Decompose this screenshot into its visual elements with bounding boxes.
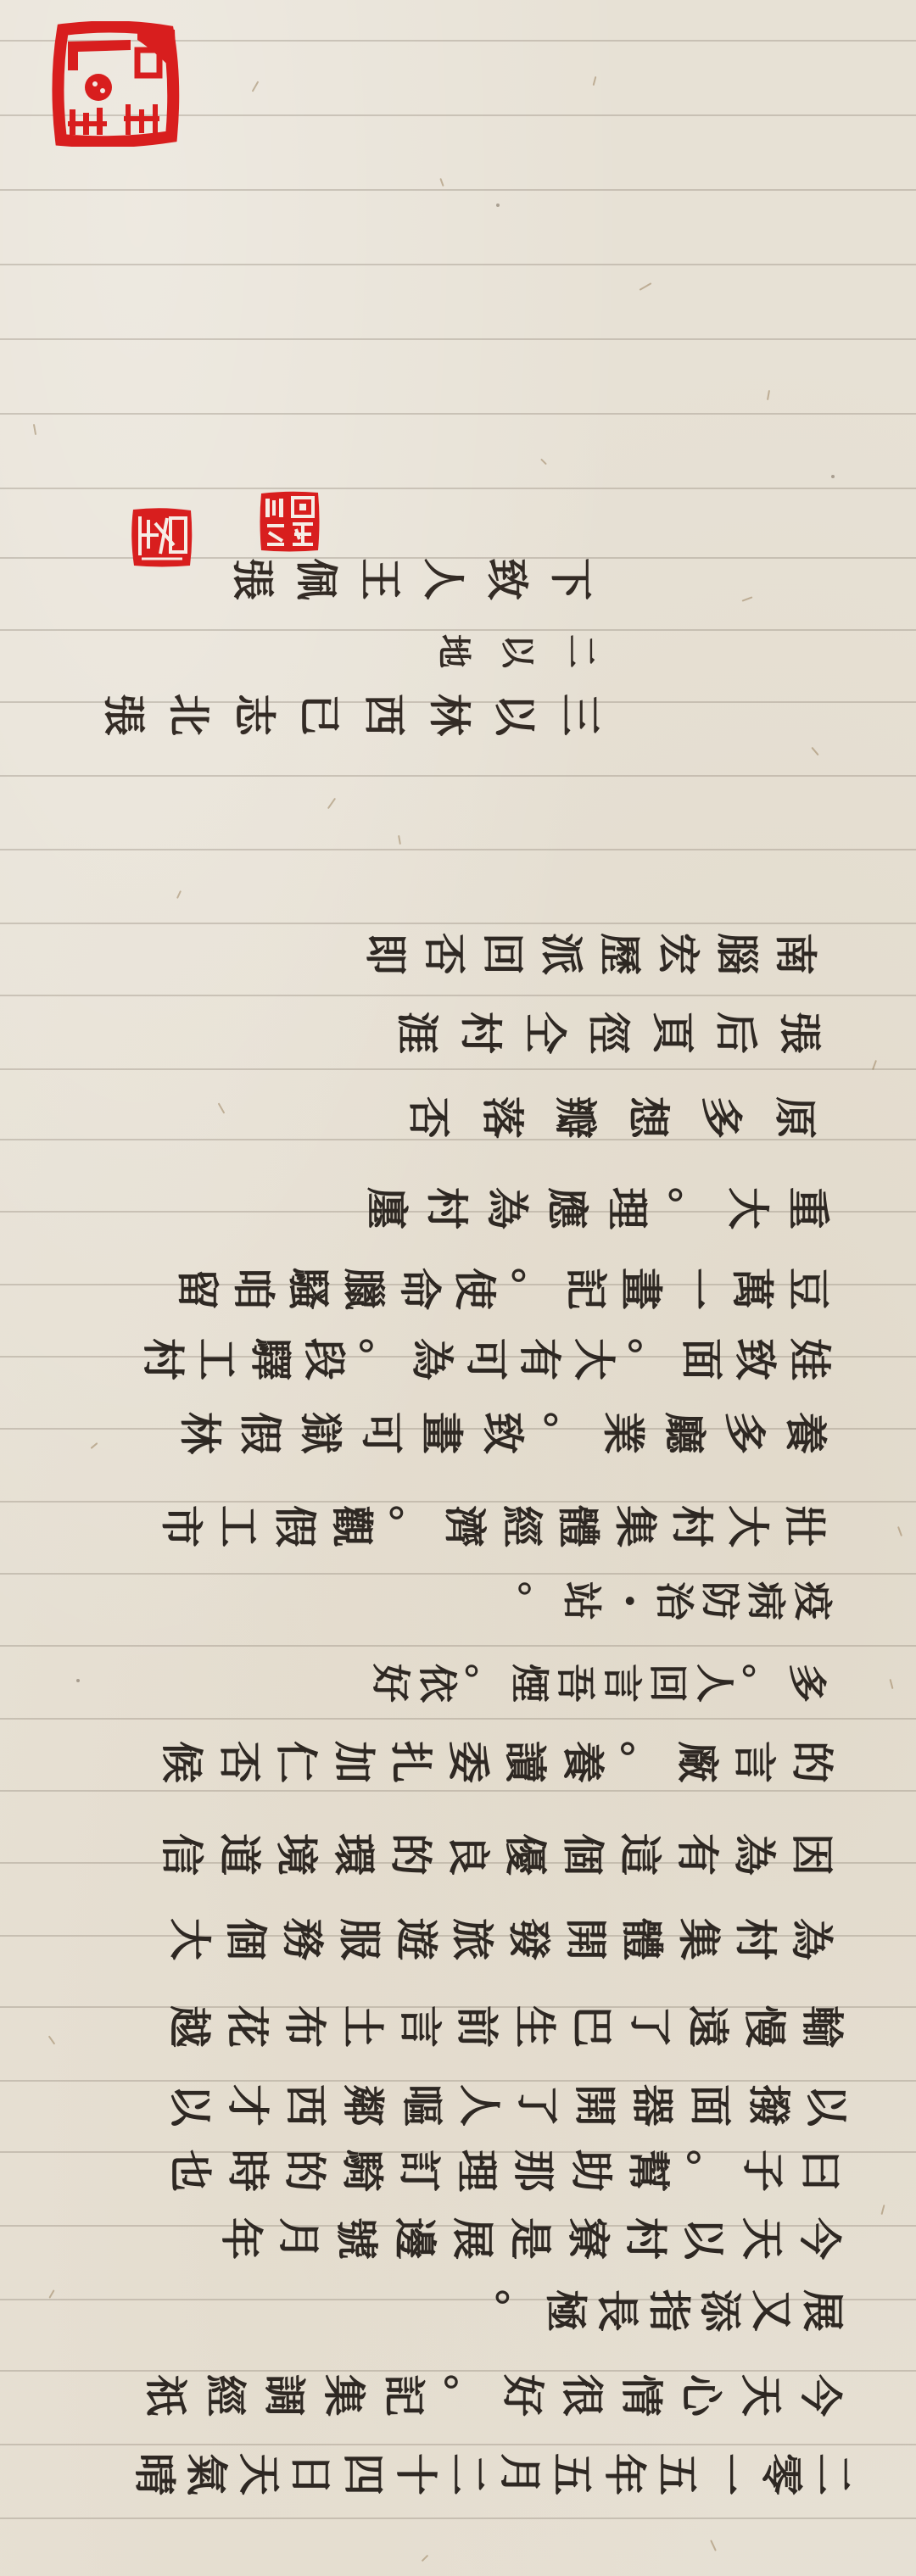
glyph: 前 xyxy=(447,1998,506,2055)
glyph: 助 xyxy=(561,2142,620,2200)
glyph: 為 xyxy=(402,1332,461,1386)
glyph: 仝 xyxy=(515,1001,574,1064)
glyph: 頁 xyxy=(642,1001,701,1064)
glyph: 了 xyxy=(507,2077,567,2134)
glyph: 委 xyxy=(438,1733,497,1791)
ruled-line xyxy=(0,995,916,996)
glyph: 個 xyxy=(552,1826,612,1883)
letter-line: 原多想瓣落否 xyxy=(392,1088,831,1147)
glyph: 集 xyxy=(668,1911,728,1968)
glyph: 五 xyxy=(646,2448,706,2501)
glyph: 市 xyxy=(152,1498,211,1555)
glyph: 工 xyxy=(187,1332,246,1386)
glyph: 養 xyxy=(775,1402,835,1463)
glyph: 否 xyxy=(399,1081,458,1154)
glyph: 集 xyxy=(314,2366,373,2425)
glyph: 月 xyxy=(490,2448,550,2501)
glyph: 林 xyxy=(170,1402,229,1463)
glyph: 的 xyxy=(381,1826,440,1883)
letter-line: 二零一五年五月二十四日天氣晴 xyxy=(128,2445,859,2504)
signature-line: 三以林西已志北張 xyxy=(91,685,612,744)
glyph: 一 xyxy=(699,2448,758,2501)
glyph: 時 xyxy=(217,2142,276,2200)
glyph: 巴 xyxy=(562,1998,622,2055)
glyph: 慢 xyxy=(734,1998,794,2055)
glyph: 調 xyxy=(254,2366,314,2425)
glyph: 氣 xyxy=(176,2448,236,2501)
glyph: 個 xyxy=(216,1911,276,1968)
glyph: 。 xyxy=(433,2366,493,2425)
glyph: 人 xyxy=(414,548,473,611)
glyph: 。 xyxy=(533,1402,593,1463)
seal-signature-a: 高濤 xyxy=(259,490,321,553)
glyph: 村 xyxy=(616,2210,675,2267)
glyph: 以 xyxy=(160,2077,220,2134)
glyph: 。 xyxy=(675,2142,734,2200)
glyph: 村 xyxy=(725,1911,785,1968)
glyph: 邊 xyxy=(385,2210,444,2267)
glyph: 騷 xyxy=(279,1261,338,1316)
glyph: 指 xyxy=(639,2285,698,2337)
glyph: 情 xyxy=(612,2366,671,2425)
letter-line: 因為有這個優良的環境道信 xyxy=(153,1825,840,1884)
glyph: 畫 xyxy=(612,1261,671,1316)
glyph: 零 xyxy=(751,2448,811,2501)
glyph: 花 xyxy=(217,1998,276,2055)
glyph: 幫 xyxy=(618,2142,678,2200)
speck xyxy=(76,1679,80,1682)
glyph: 添 xyxy=(690,2285,750,2337)
glyph: 理 xyxy=(598,1179,657,1239)
letter-line: 疫病防治・站。 xyxy=(513,1571,835,1631)
glyph: 可 xyxy=(352,1402,411,1463)
glyph: 月 xyxy=(269,2210,328,2267)
glyph: 張 xyxy=(93,683,153,748)
glyph: 經 xyxy=(492,1498,551,1555)
glyph: 西 xyxy=(276,2077,335,2134)
glyph: 天 xyxy=(731,2366,790,2425)
glyph: 村 xyxy=(662,1498,721,1555)
glyph: 大 xyxy=(718,1179,778,1239)
seal-stamp-icon xyxy=(130,506,193,568)
glyph: 年 xyxy=(211,2210,271,2267)
glyph: 回 xyxy=(473,925,533,984)
seal-stamp-icon xyxy=(259,490,321,553)
glyph: 落 xyxy=(472,1081,532,1154)
glyph: 的 xyxy=(781,1733,841,1791)
glyph: 子 xyxy=(733,2142,792,2200)
glyph: 展 xyxy=(793,2285,852,2337)
glyph: 人 xyxy=(450,2077,509,2134)
glyph: 村 xyxy=(132,1332,192,1386)
glyph: 以 xyxy=(488,620,547,683)
glyph: 好 xyxy=(493,2366,552,2425)
speck xyxy=(496,204,500,207)
glyph: 面 xyxy=(681,2077,740,2134)
letter-line: 今天心情很好。記集調經祇 xyxy=(136,2366,850,2425)
glyph: 言 xyxy=(390,1998,450,2055)
glyph: 加 xyxy=(323,1733,383,1791)
glyph: 體 xyxy=(548,1498,607,1555)
glyph: 越 xyxy=(159,1998,219,2055)
glyph: 心 xyxy=(672,2366,731,2425)
glyph: 假 xyxy=(265,1498,324,1555)
glyph: 廠 xyxy=(667,1733,726,1791)
glyph: 天 xyxy=(229,2448,288,2501)
glyph: 使 xyxy=(445,1261,505,1316)
glyph: 服 xyxy=(329,1911,388,1968)
glyph: 遊 xyxy=(386,1911,445,1968)
glyph: 好 xyxy=(360,1660,420,1707)
glyph: 嘔 xyxy=(392,2077,451,2134)
glyph: 祇 xyxy=(136,2366,195,2425)
glyph: 務 xyxy=(272,1911,332,1968)
ruled-line xyxy=(0,189,916,191)
glyph: 面 xyxy=(671,1332,730,1386)
glyph: 廛 xyxy=(357,1179,416,1239)
signature-line: 下致人王佩張 xyxy=(221,549,602,609)
glyph: 徑 xyxy=(578,1001,638,1064)
glyph: 壯 xyxy=(775,1498,835,1555)
glyph: 致 xyxy=(472,1402,532,1463)
glyph: 西 xyxy=(355,683,414,748)
glyph: 天 xyxy=(732,2210,791,2267)
glyph: 后 xyxy=(706,1001,765,1064)
glyph: 一 xyxy=(667,1261,727,1316)
glyph: 極 xyxy=(536,2285,595,2337)
glyph: 以 xyxy=(796,2077,856,2134)
glyph: 體 xyxy=(612,1911,672,1968)
glyph: 今 xyxy=(790,2210,849,2267)
glyph: 境 xyxy=(266,1826,326,1883)
glyph: 了 xyxy=(620,1998,679,2055)
glyph: 涯 xyxy=(388,1001,447,1064)
glyph: 林 xyxy=(420,683,479,748)
glyph: 咱 xyxy=(223,1261,282,1316)
glyph: 。 xyxy=(610,1733,669,1791)
glyph: 輸 xyxy=(792,1998,852,2055)
letter-line: 娃致面。大有可為。段驛工村 xyxy=(136,1330,836,1389)
seal-stamp-icon xyxy=(49,21,181,147)
glyph: 晴 xyxy=(124,2448,183,2501)
glyph: 。 xyxy=(500,1261,560,1316)
glyph: 記 xyxy=(556,1261,616,1316)
glyph: 仁 xyxy=(266,1733,326,1791)
letter-line: 南腦宏歷派回否即 xyxy=(356,924,824,984)
glyph: 娃 xyxy=(779,1332,838,1386)
glyph: 。 xyxy=(484,2285,544,2337)
letter-line: 的言廠。養讀委扎加仁否候 xyxy=(153,1732,840,1792)
glyph: 否 xyxy=(415,925,474,984)
glyph: 。 xyxy=(506,1578,566,1624)
glyph: 可 xyxy=(455,1332,515,1386)
glyph: 集 xyxy=(605,1498,664,1555)
glyph: 志 xyxy=(224,683,283,748)
glyph: 命 xyxy=(390,1261,450,1316)
glyph: 二 xyxy=(803,2448,863,2501)
glyph: 四 xyxy=(333,2448,393,2501)
glyph: 張 xyxy=(769,1001,829,1064)
glyph: 為 xyxy=(782,1911,841,1968)
ruled-line xyxy=(0,1068,916,1070)
signature-line: 二以地 xyxy=(422,622,612,681)
glyph: 假 xyxy=(231,1402,290,1463)
glyph: 言 xyxy=(724,1733,784,1791)
ruled-line xyxy=(0,338,916,340)
letter-line: 以撥面器開了人嘔鄰西才以 xyxy=(161,2076,855,2135)
glyph: 鄰 xyxy=(333,2077,393,2134)
glyph: 候 xyxy=(152,1733,211,1791)
glyph: 致 xyxy=(478,548,537,611)
glyph: 業 xyxy=(594,1402,653,1463)
glyph: 二 xyxy=(438,2448,497,2501)
glyph: 號 xyxy=(327,2210,386,2267)
glyph: 否 xyxy=(209,1733,268,1791)
glyph: 歷 xyxy=(590,925,650,984)
glyph: 大 xyxy=(159,1911,219,1968)
glyph: 寮 xyxy=(558,2210,617,2267)
glyph: 開 xyxy=(556,1911,615,1968)
glyph: 村 xyxy=(451,1001,511,1064)
glyph: 發 xyxy=(499,1911,558,1968)
glyph: 獄 xyxy=(291,1402,350,1463)
glyph: 生 xyxy=(505,1998,564,2055)
glyph: 多 xyxy=(692,1081,751,1154)
glyph: 豆 xyxy=(778,1261,837,1316)
glyph: 是 xyxy=(500,2210,560,2267)
glyph: 的 xyxy=(275,2142,334,2200)
glyph: 又 xyxy=(741,2285,801,2337)
glyph: 以 xyxy=(485,683,545,748)
glyph: 。 xyxy=(658,1179,718,1239)
glyph: 大 xyxy=(563,1332,623,1386)
glyph: 十 xyxy=(385,2448,444,2501)
glyph: 佩 xyxy=(287,548,346,611)
glyph: 工 xyxy=(209,1498,268,1555)
letter-line: 輸慢遠了巴生前言土布花越 xyxy=(160,1997,851,2056)
glyph: 留 xyxy=(168,1261,227,1316)
glyph: 為 xyxy=(478,1179,537,1239)
glyph: 。 xyxy=(378,1498,438,1555)
glyph: 宏 xyxy=(649,925,708,984)
glyph: 優 xyxy=(495,1826,555,1883)
glyph: 訂 xyxy=(389,2142,449,2200)
glyph: 下 xyxy=(541,548,600,611)
glyph: 道 xyxy=(209,1826,268,1883)
glyph: 觀 xyxy=(321,1498,381,1555)
glyph: 致 xyxy=(725,1332,785,1386)
glyph: 也 xyxy=(160,2142,220,2200)
glyph: 。 xyxy=(348,1332,407,1386)
glyph: 張 xyxy=(223,548,282,611)
glyph: 五 xyxy=(542,2448,601,2501)
glyph: 王 xyxy=(350,548,410,611)
glyph: 有 xyxy=(510,1332,569,1386)
glyph: 為 xyxy=(724,1826,784,1883)
glyph: 良 xyxy=(438,1826,497,1883)
glyph: 濟 xyxy=(435,1498,494,1555)
letter-line: 多。人回言吾煙。依好 xyxy=(367,1653,829,1713)
glyph: 養 xyxy=(552,1733,612,1791)
glyph: 段 xyxy=(294,1332,354,1386)
letter-line: 曰子。幫助那理訂騎的時也 xyxy=(161,2141,848,2200)
glyph: 環 xyxy=(323,1826,383,1883)
glyph: 南 xyxy=(766,925,825,984)
glyph: 以 xyxy=(674,2210,734,2267)
glyph: 多 xyxy=(715,1402,774,1463)
glyph: 理 xyxy=(446,2142,505,2200)
letter-line: 豆萬一畫記。使命臘騷咱留 xyxy=(170,1259,835,1319)
glyph: 重 xyxy=(779,1179,838,1239)
glyph: 騎 xyxy=(332,2142,391,2200)
glyph: 北 xyxy=(159,683,218,748)
glyph: 三 xyxy=(550,683,610,748)
ruled-line xyxy=(0,775,916,777)
glyph: 日 xyxy=(281,2448,340,2501)
glyph: 已 xyxy=(289,683,349,748)
seal-top-left: 司正 xyxy=(49,21,181,147)
glyph: 原 xyxy=(765,1081,824,1154)
glyph: 記 xyxy=(374,2366,433,2425)
glyph: 遠 xyxy=(678,1998,737,2055)
ruled-line xyxy=(0,488,916,489)
glyph: 。 xyxy=(617,1332,677,1386)
glyph: 地 xyxy=(424,620,483,683)
letter-line: 張后頁徑仝村涯 xyxy=(385,1003,831,1062)
glyph: 二 xyxy=(551,620,611,683)
glyph: 臘 xyxy=(334,1261,394,1316)
glyph: 年 xyxy=(595,2448,654,2501)
glyph: 村 xyxy=(417,1179,477,1239)
glyph: 曰 xyxy=(790,2142,849,2200)
glyph: 萬 xyxy=(723,1261,782,1316)
glyph: 經 xyxy=(195,2366,254,2425)
glyph: 即 xyxy=(356,925,416,984)
ruled-line xyxy=(0,1645,916,1647)
ruled-line xyxy=(0,2517,916,2519)
ruled-line xyxy=(0,264,916,265)
glyph: 長 xyxy=(587,2285,646,2337)
letter-line: 為村集體開發旅遊服務個大 xyxy=(161,1910,840,1969)
glyph: 開 xyxy=(565,2077,624,2134)
ruled-line xyxy=(0,1718,916,1720)
seal-signature-b: 松 xyxy=(130,506,193,568)
glyph: 今 xyxy=(790,2366,850,2425)
glyph: 撥 xyxy=(739,2077,798,2134)
ruled-line xyxy=(0,849,916,850)
glyph: 旅 xyxy=(443,1911,502,1968)
ruled-line xyxy=(0,413,916,415)
glyph: 腦 xyxy=(707,925,767,984)
glyph: 派 xyxy=(532,925,591,984)
glyph: 有 xyxy=(667,1826,726,1883)
glyph: 布 xyxy=(275,1998,334,2055)
letter-line: 展又添指長極。 xyxy=(489,2281,848,2340)
glyph: 扎 xyxy=(381,1733,440,1791)
letter-line: 養多廳業。致畫可獄假林 xyxy=(170,1403,835,1463)
glyph: 展 xyxy=(443,2210,502,2267)
letter-line: 今天以村寮是展邊號月年 xyxy=(212,2209,848,2268)
speck xyxy=(831,475,835,478)
glyph: 這 xyxy=(610,1826,669,1883)
letter-line: 重大。理應為村廛 xyxy=(356,1179,838,1238)
letter-line: 壯大村集體經濟。觀假工市 xyxy=(153,1497,833,1556)
glyph: 瓣 xyxy=(545,1081,605,1154)
glyph: 很 xyxy=(552,2366,612,2425)
glyph: 想 xyxy=(618,1081,678,1154)
glyph: 才 xyxy=(218,2077,277,2134)
glyph: 讀 xyxy=(495,1733,555,1791)
glyph: 那 xyxy=(504,2142,563,2200)
glyph: 土 xyxy=(332,1998,392,2055)
glyph: 應 xyxy=(538,1179,597,1239)
glyph: 驛 xyxy=(240,1332,299,1386)
glyph: 畫 xyxy=(412,1402,472,1463)
glyph: 大 xyxy=(718,1498,778,1555)
glyph: 廳 xyxy=(655,1402,714,1463)
glyph: 器 xyxy=(623,2077,682,2134)
glyph: 信 xyxy=(152,1826,211,1883)
glyph: 因 xyxy=(781,1826,841,1883)
